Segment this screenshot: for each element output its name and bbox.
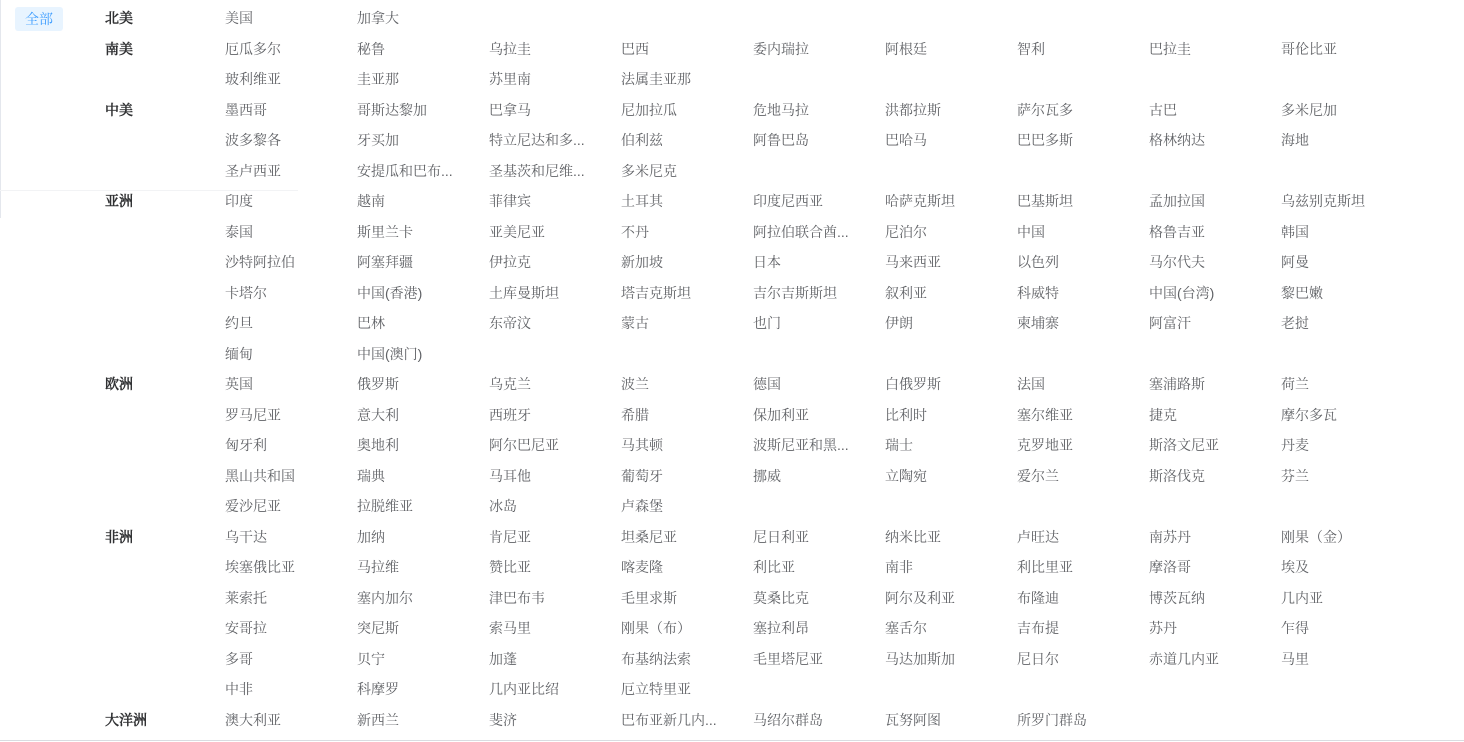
country-item[interactable]: 几内亚比绍 [489, 679, 621, 699]
country-item[interactable]: 巴拿马 [489, 100, 621, 120]
country-item[interactable]: 哥斯达黎加 [357, 100, 489, 120]
country-item[interactable]: 所罗门群岛 [1017, 710, 1149, 730]
country-item[interactable]: 新加坡 [621, 252, 753, 272]
country-item[interactable]: 保加利亚 [753, 405, 885, 425]
country-item[interactable]: 柬埔寨 [1017, 313, 1149, 333]
country-item[interactable]: 约旦 [225, 313, 357, 333]
country-item[interactable]: 沙特阿拉伯 [225, 252, 357, 272]
country-item[interactable]: 吉布提 [1017, 618, 1149, 638]
country-item[interactable]: 俄罗斯 [357, 374, 489, 394]
country-item[interactable]: 巴基斯坦 [1017, 191, 1149, 211]
country-item[interactable]: 萨尔瓦多 [1017, 100, 1149, 120]
country-item[interactable]: 阿富汗 [1149, 313, 1281, 333]
continent-label: 欧洲 [105, 369, 225, 400]
country-item[interactable]: 葡萄牙 [621, 466, 753, 486]
country-item[interactable]: 赤道几内亚 [1149, 649, 1281, 669]
country-item[interactable]: 智利 [1017, 39, 1149, 59]
country-item[interactable]: 捷克 [1149, 405, 1281, 425]
country-item[interactable]: 伯利兹 [621, 130, 753, 150]
country-item[interactable]: 菲律宾 [489, 191, 621, 211]
country-item[interactable]: 芬兰 [1281, 466, 1413, 486]
country-item[interactable]: 马里 [1281, 649, 1413, 669]
country-item[interactable]: 瑞士 [885, 435, 1017, 455]
country-item[interactable]: 布基纳法索 [621, 649, 753, 669]
country-item[interactable]: 塞尔维亚 [1017, 405, 1149, 425]
country-item[interactable]: 苏丹 [1149, 618, 1281, 638]
country-item[interactable]: 尼泊尔 [885, 222, 1017, 242]
country-item[interactable]: 莱索托 [225, 588, 357, 608]
country-item[interactable]: 罗马尼亚 [225, 405, 357, 425]
country-item[interactable]: 马达加斯加 [885, 649, 1017, 669]
country-item[interactable]: 洪都拉斯 [885, 100, 1017, 120]
country-item[interactable]: 以色列 [1017, 252, 1149, 272]
continent-label: 南美 [105, 34, 225, 65]
country-item[interactable]: 瑞典 [357, 466, 489, 486]
country-item[interactable]: 中国(澳门) [357, 344, 489, 364]
country-item[interactable]: 尼日尔 [1017, 649, 1149, 669]
country-grid: 印度越南菲律宾土耳其印度尼西亚哈萨克斯坦巴基斯坦孟加拉国乌兹别克斯坦泰国斯里兰卡… [225, 186, 1464, 369]
country-item[interactable]: 缅甸 [225, 344, 357, 364]
country-item[interactable]: 乌拉圭 [489, 39, 621, 59]
country-item[interactable]: 巴布亚新几内... [621, 710, 753, 730]
country-item[interactable]: 叙利亚 [885, 283, 1017, 303]
country-item[interactable]: 新西兰 [357, 710, 489, 730]
country-grid: 英国俄罗斯乌克兰波兰德国白俄罗斯法国塞浦路斯荷兰罗马尼亚意大利西班牙希腊保加利亚… [225, 369, 1464, 522]
continent-label: 北美 [105, 3, 225, 34]
region-selector-panel: 全部 北美美国加拿大南美厄瓜多尔秘鲁乌拉圭巴西委内瑞拉阿根廷智利巴拉圭哥伦比亚玻… [0, 0, 1464, 742]
country-item[interactable]: 巴西 [621, 39, 753, 59]
country-item[interactable]: 卢旺达 [1017, 527, 1149, 547]
country-item[interactable]: 巴林 [357, 313, 489, 333]
country-item[interactable]: 瓦努阿图 [885, 710, 1017, 730]
country-grid: 美国加拿大 [225, 3, 1464, 34]
country-item[interactable]: 南非 [885, 557, 1017, 577]
country-item[interactable]: 圣卢西亚 [225, 161, 357, 181]
country-item[interactable]: 孟加拉国 [1149, 191, 1281, 211]
country-item[interactable]: 土库曼斯坦 [489, 283, 621, 303]
country-item[interactable]: 斯洛文尼亚 [1149, 435, 1281, 455]
country-item[interactable]: 贝宁 [357, 649, 489, 669]
country-item[interactable]: 波斯尼亚和黑... [753, 435, 885, 455]
country-item[interactable]: 毛里求斯 [621, 588, 753, 608]
country-item[interactable]: 委内瑞拉 [753, 39, 885, 59]
country-item[interactable]: 法属圭亚那 [621, 69, 753, 89]
country-item[interactable]: 马来西亚 [885, 252, 1017, 272]
country-item[interactable]: 美国 [225, 8, 357, 28]
continent-section: 南美厄瓜多尔秘鲁乌拉圭巴西委内瑞拉阿根廷智利巴拉圭哥伦比亚玻利维亚圭亚那苏里南法… [0, 34, 1464, 95]
country-item[interactable]: 中非 [225, 679, 357, 699]
country-item[interactable]: 中国(台湾) [1149, 283, 1281, 303]
country-item[interactable]: 亚美尼亚 [489, 222, 621, 242]
panel-bottom-border [0, 740, 1464, 741]
country-item[interactable]: 马其顿 [621, 435, 753, 455]
country-item[interactable]: 刚果（金） [1281, 527, 1413, 547]
country-item[interactable]: 印度 [225, 191, 357, 211]
country-item[interactable]: 马拉维 [357, 557, 489, 577]
country-item[interactable]: 东帝汶 [489, 313, 621, 333]
country-item[interactable]: 奥地利 [357, 435, 489, 455]
country-item[interactable]: 黑山共和国 [225, 466, 357, 486]
country-item[interactable]: 白俄罗斯 [885, 374, 1017, 394]
country-item[interactable]: 埃塞俄比亚 [225, 557, 357, 577]
country-item[interactable]: 丹麦 [1281, 435, 1413, 455]
country-item[interactable]: 苏里南 [489, 69, 621, 89]
continent-section: 欧洲英国俄罗斯乌克兰波兰德国白俄罗斯法国塞浦路斯荷兰罗马尼亚意大利西班牙希腊保加… [0, 369, 1464, 522]
country-item[interactable]: 海地 [1281, 130, 1413, 150]
country-grid: 乌干达加纳肯尼亚坦桑尼亚尼日利亚纳米比亚卢旺达南苏丹刚果（金）埃塞俄比亚马拉维赞… [225, 522, 1464, 705]
country-item[interactable]: 立陶宛 [885, 466, 1017, 486]
country-item[interactable]: 埃及 [1281, 557, 1413, 577]
continent-section: 非洲乌干达加纳肯尼亚坦桑尼亚尼日利亚纳米比亚卢旺达南苏丹刚果（金）埃塞俄比亚马拉… [0, 522, 1464, 705]
country-item[interactable]: 斐济 [489, 710, 621, 730]
continent-label: 大洋洲 [105, 705, 225, 736]
country-item[interactable]: 马绍尔群岛 [753, 710, 885, 730]
country-item[interactable]: 多哥 [225, 649, 357, 669]
country-item[interactable]: 韩国 [1281, 222, 1413, 242]
country-item[interactable]: 厄立特里亚 [621, 679, 753, 699]
country-item[interactable]: 古巴 [1149, 100, 1281, 120]
country-item[interactable]: 秘鲁 [357, 39, 489, 59]
country-item[interactable]: 西班牙 [489, 405, 621, 425]
country-item[interactable]: 莫桑比克 [753, 588, 885, 608]
country-item[interactable]: 意大利 [357, 405, 489, 425]
country-item[interactable]: 尼加拉瓜 [621, 100, 753, 120]
country-item[interactable]: 科威特 [1017, 283, 1149, 303]
country-item[interactable]: 加拿大 [357, 8, 489, 28]
country-item[interactable]: 阿尔及利亚 [885, 588, 1017, 608]
continent-section: 北美美国加拿大 [0, 3, 1464, 34]
country-item[interactable]: 老挝 [1281, 313, 1413, 333]
country-item[interactable]: 阿曼 [1281, 252, 1413, 272]
country-item[interactable]: 玻利维亚 [225, 69, 357, 89]
country-item[interactable]: 安提瓜和巴布... [357, 161, 489, 181]
country-item[interactable]: 比利时 [885, 405, 1017, 425]
country-item[interactable]: 中国(香港) [357, 283, 489, 303]
country-item[interactable]: 几内亚 [1281, 588, 1413, 608]
country-item[interactable]: 圣基茨和尼维... [489, 161, 621, 181]
country-item[interactable]: 吉尔吉斯斯坦 [753, 283, 885, 303]
country-grid: 墨西哥哥斯达黎加巴拿马尼加拉瓜危地马拉洪都拉斯萨尔瓦多古巴多米尼加波多黎各牙买加… [225, 95, 1464, 187]
country-item[interactable]: 利比亚 [753, 557, 885, 577]
country-item[interactable]: 突尼斯 [357, 618, 489, 638]
country-item[interactable]: 英国 [225, 374, 357, 394]
country-item[interactable]: 塞拉利昂 [753, 618, 885, 638]
country-item[interactable]: 肯尼亚 [489, 527, 621, 547]
country-item[interactable]: 马尔代夫 [1149, 252, 1281, 272]
country-item[interactable]: 塞舌尔 [885, 618, 1017, 638]
country-item[interactable]: 刚果（布） [621, 618, 753, 638]
country-item[interactable]: 伊拉克 [489, 252, 621, 272]
country-item[interactable]: 纳米比亚 [885, 527, 1017, 547]
country-item[interactable]: 摩洛哥 [1149, 557, 1281, 577]
country-item[interactable]: 澳大利亚 [225, 710, 357, 730]
country-item[interactable]: 阿根廷 [885, 39, 1017, 59]
country-item[interactable]: 卡塔尔 [225, 283, 357, 303]
country-item[interactable]: 希腊 [621, 405, 753, 425]
country-item[interactable]: 加蓬 [489, 649, 621, 669]
country-item[interactable]: 利比里亚 [1017, 557, 1149, 577]
continent-label: 非洲 [105, 522, 225, 553]
country-item[interactable]: 墨西哥 [225, 100, 357, 120]
country-item[interactable]: 日本 [753, 252, 885, 272]
country-item[interactable]: 圭亚那 [357, 69, 489, 89]
country-item[interactable]: 赞比亚 [489, 557, 621, 577]
country-item[interactable]: 乌干达 [225, 527, 357, 547]
country-item[interactable]: 不丹 [621, 222, 753, 242]
country-item[interactable]: 斯里兰卡 [357, 222, 489, 242]
country-item[interactable]: 特立尼达和多... [489, 130, 621, 150]
country-item[interactable]: 索马里 [489, 618, 621, 638]
continent-list: 北美美国加拿大南美厄瓜多尔秘鲁乌拉圭巴西委内瑞拉阿根廷智利巴拉圭哥伦比亚玻利维亚… [0, 3, 1464, 735]
country-item[interactable]: 坦桑尼亚 [621, 527, 753, 547]
country-item[interactable]: 越南 [357, 191, 489, 211]
country-item[interactable]: 科摩罗 [357, 679, 489, 699]
country-item[interactable]: 阿拉伯联合酋... [753, 222, 885, 242]
country-item[interactable]: 毛里塔尼亚 [753, 649, 885, 669]
country-item[interactable]: 荷兰 [1281, 374, 1413, 394]
country-item[interactable]: 塞浦路斯 [1149, 374, 1281, 394]
country-item[interactable]: 德国 [753, 374, 885, 394]
country-item[interactable]: 阿塞拜疆 [357, 252, 489, 272]
continent-section: 中美墨西哥哥斯达黎加巴拿马尼加拉瓜危地马拉洪都拉斯萨尔瓦多古巴多米尼加波多黎各牙… [0, 95, 1464, 187]
country-item[interactable]: 波兰 [621, 374, 753, 394]
country-item[interactable]: 加纳 [357, 527, 489, 547]
country-item[interactable]: 伊朗 [885, 313, 1017, 333]
country-item[interactable]: 格林纳达 [1149, 130, 1281, 150]
country-item[interactable]: 乌克兰 [489, 374, 621, 394]
country-item[interactable]: 黎巴嫩 [1281, 283, 1413, 303]
country-item[interactable]: 法国 [1017, 374, 1149, 394]
country-item[interactable]: 也门 [753, 313, 885, 333]
country-item[interactable]: 阿鲁巴岛 [753, 130, 885, 150]
country-item[interactable]: 斯洛伐克 [1149, 466, 1281, 486]
country-item[interactable]: 南苏丹 [1149, 527, 1281, 547]
country-item[interactable]: 塔吉克斯坦 [621, 283, 753, 303]
country-item[interactable]: 多米尼克 [621, 161, 753, 181]
country-item[interactable]: 津巴布韦 [489, 588, 621, 608]
country-item[interactable]: 挪威 [753, 466, 885, 486]
country-item[interactable]: 阿尔巴尼亚 [489, 435, 621, 455]
country-item[interactable]: 危地马拉 [753, 100, 885, 120]
country-item[interactable]: 卢森堡 [621, 496, 753, 516]
country-item[interactable]: 厄瓜多尔 [225, 39, 357, 59]
country-item[interactable]: 爱沙尼亚 [225, 496, 357, 516]
country-item[interactable]: 乌兹别克斯坦 [1281, 191, 1413, 211]
country-item[interactable]: 塞内加尔 [357, 588, 489, 608]
country-item[interactable]: 波多黎各 [225, 130, 357, 150]
continent-section: 亚洲印度越南菲律宾土耳其印度尼西亚哈萨克斯坦巴基斯坦孟加拉国乌兹别克斯坦泰国斯里… [0, 186, 1464, 369]
country-item[interactable]: 牙买加 [357, 130, 489, 150]
country-item[interactable]: 多米尼加 [1281, 100, 1413, 120]
country-item[interactable]: 巴拉圭 [1149, 39, 1281, 59]
continent-label: 中美 [105, 95, 225, 126]
country-item[interactable]: 哈萨克斯坦 [885, 191, 1017, 211]
country-item[interactable]: 冰岛 [489, 496, 621, 516]
country-item[interactable]: 中国 [1017, 222, 1149, 242]
country-grid: 厄瓜多尔秘鲁乌拉圭巴西委内瑞拉阿根廷智利巴拉圭哥伦比亚玻利维亚圭亚那苏里南法属圭… [225, 34, 1464, 95]
country-item[interactable]: 蒙古 [621, 313, 753, 333]
country-item[interactable]: 土耳其 [621, 191, 753, 211]
country-item[interactable]: 尼日利亚 [753, 527, 885, 547]
country-item[interactable]: 哥伦比亚 [1281, 39, 1413, 59]
country-grid: 澳大利亚新西兰斐济巴布亚新几内...马绍尔群岛瓦努阿图所罗门群岛 [225, 705, 1464, 736]
country-item[interactable]: 巴巴多斯 [1017, 130, 1149, 150]
country-item[interactable]: 拉脱维亚 [357, 496, 489, 516]
country-item[interactable]: 摩尔多瓦 [1281, 405, 1413, 425]
continent-label: 亚洲 [105, 186, 225, 217]
country-item[interactable]: 爱尔兰 [1017, 466, 1149, 486]
country-item[interactable]: 格鲁吉亚 [1149, 222, 1281, 242]
country-item[interactable]: 博茨瓦纳 [1149, 588, 1281, 608]
country-item[interactable]: 乍得 [1281, 618, 1413, 638]
country-item[interactable]: 布隆迪 [1017, 588, 1149, 608]
continent-section: 大洋洲澳大利亚新西兰斐济巴布亚新几内...马绍尔群岛瓦努阿图所罗门群岛 [0, 705, 1464, 736]
country-item[interactable]: 喀麦隆 [621, 557, 753, 577]
country-item[interactable]: 巴哈马 [885, 130, 1017, 150]
country-item[interactable]: 安哥拉 [225, 618, 357, 638]
country-item[interactable]: 泰国 [225, 222, 357, 242]
country-item[interactable]: 克罗地亚 [1017, 435, 1149, 455]
country-item[interactable]: 匈牙利 [225, 435, 357, 455]
country-item[interactable]: 印度尼西亚 [753, 191, 885, 211]
country-item[interactable]: 马耳他 [489, 466, 621, 486]
